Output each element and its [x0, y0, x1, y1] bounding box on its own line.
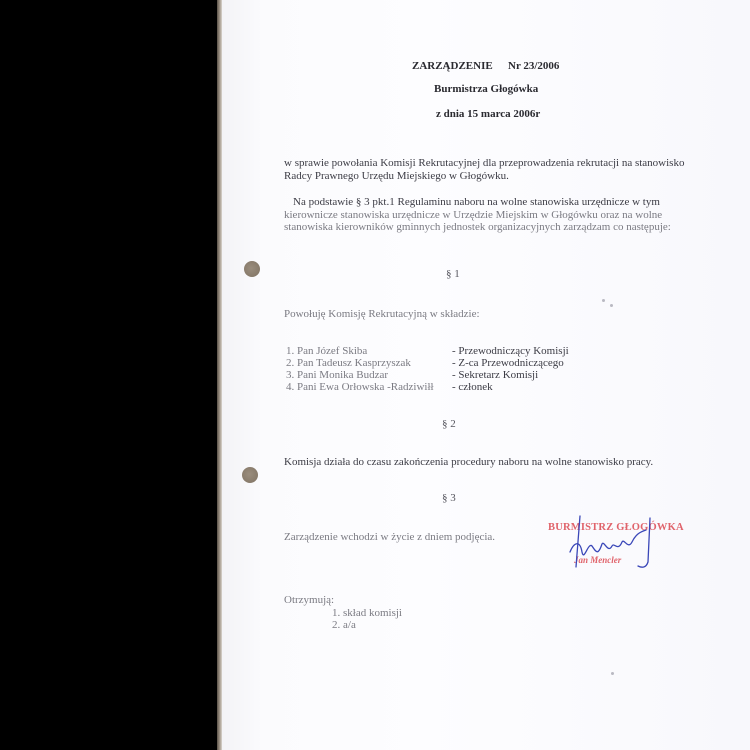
member-role: - Przewodniczący Komisji [452, 345, 569, 357]
handwritten-signature [558, 512, 668, 574]
section-1-label: § 1 [446, 268, 460, 280]
section-1-intro: Powołuję Komisję Rekrutacyjną w składzie… [284, 308, 480, 320]
member-name: 2. Pan Tadeusz Kasprzyszak [286, 357, 411, 369]
scan-speck [602, 299, 605, 302]
member-role: - Z-ca Przewodniczącego [452, 357, 564, 369]
member-role: - Sekretarz Komisji [452, 369, 538, 381]
basis-line: stanowiska kierowników gminnych jednoste… [284, 221, 671, 233]
member-name: 4. Pani Ewa Orłowska -Radziwiłł [286, 381, 434, 393]
recipients-label: Otrzymują: [284, 594, 334, 606]
section-2-text: Komisja działa do czasu zakończenia proc… [284, 456, 653, 468]
recipient-item: 1. skład komisji [332, 607, 402, 619]
section-3-label: § 3 [442, 492, 456, 504]
scan-speck [610, 304, 613, 307]
subject-line: w sprawie powołania Komisji Rekrutacyjne… [284, 157, 684, 169]
punch-hole-mark [244, 261, 260, 277]
document-number: Nr 23/2006 [508, 60, 559, 72]
member-name: 3. Pani Monika Budzar [286, 369, 388, 381]
punch-hole-mark [242, 467, 258, 483]
document-title: ZARZĄDZENIE [412, 60, 493, 72]
basis-line: kierownicze stanowiska urzędnicze w Urzę… [284, 209, 662, 221]
section-3-text: Zarządzenie wchodzi w życie z dniem podj… [284, 531, 495, 543]
subject-line: Radcy Prawnego Urzędu Miejskiego w Głogó… [284, 170, 509, 182]
member-role: - członek [452, 381, 493, 393]
scan-speck [611, 672, 614, 675]
recipient-item: 2. a/a [332, 619, 356, 631]
document-date: z dnia 15 marca 2006r [436, 108, 540, 120]
document-issuer: Burmistrza Głogówka [434, 83, 538, 95]
section-2-label: § 2 [442, 418, 456, 430]
member-name: 1. Pan Józef Skiba [286, 345, 367, 357]
basis-line: Na podstawie § 3 pkt.1 Regulaminu naboru… [293, 196, 660, 208]
